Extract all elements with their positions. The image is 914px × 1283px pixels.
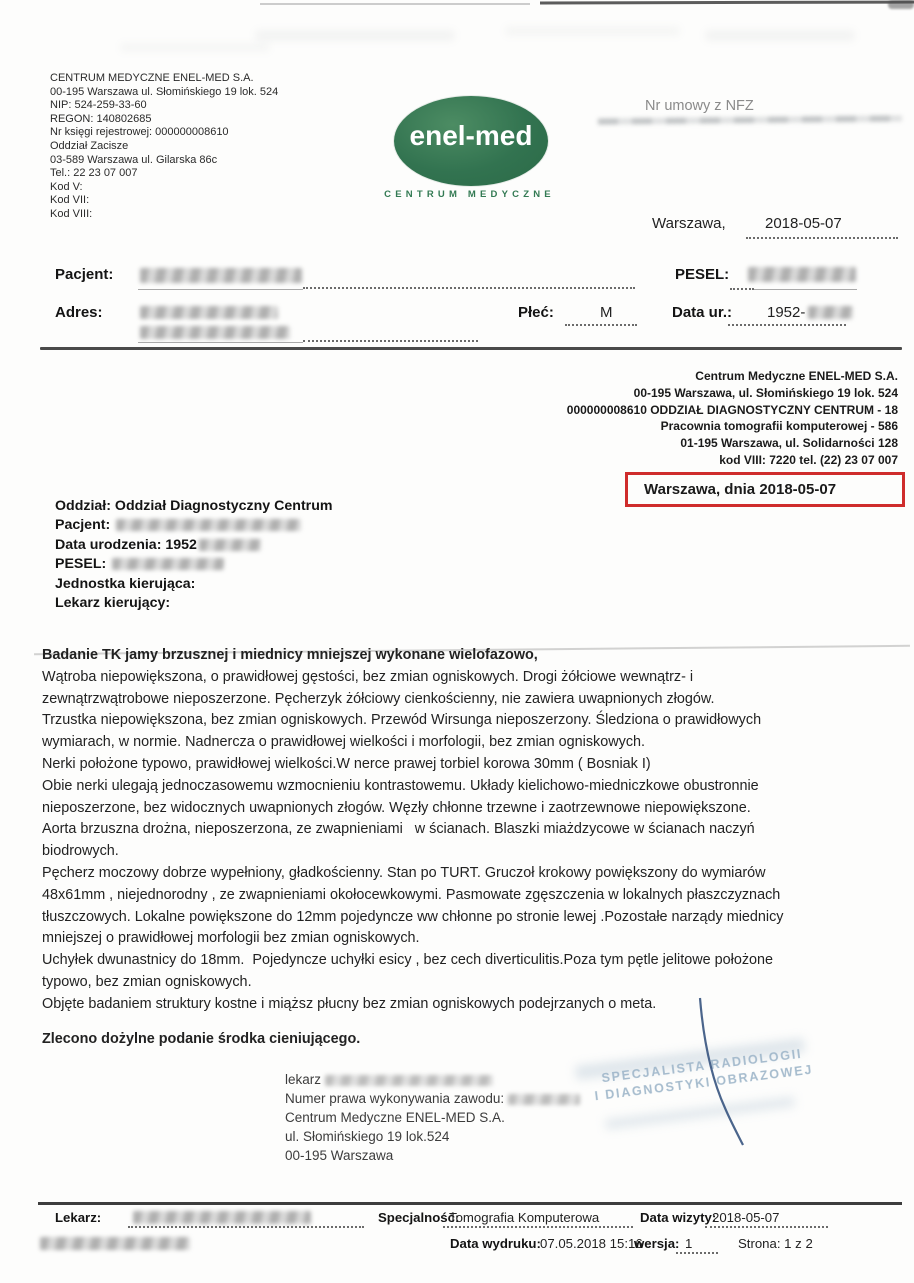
facility-address-line: Centrum Medyczne ENEL-MED S.A. — [478, 368, 898, 385]
report-line: Nerki położone typowo, prawidłowej wielk… — [42, 754, 908, 776]
address-label: Adres: — [55, 304, 103, 321]
facility-address-line: 01-195 Warszawa, ul. Solidarności 128 — [478, 435, 898, 452]
footer-specialty-value: Tomografia Komputerowa — [449, 1210, 599, 1225]
redacted-value — [199, 539, 261, 551]
nfz-contract-label: Nr umowy z NFZ — [645, 98, 754, 114]
referral-info-line: Jednostka kierująca: — [55, 575, 332, 594]
referral-info-line: Data urodzenia: 1952 — [55, 536, 332, 555]
company-header-line: Nr księgi rejestrowej: 000000008610 — [50, 126, 278, 140]
address-dotted-line — [303, 340, 478, 342]
scanned-medical-report: CENTRUM MEDYCZNE ENEL-MED S.A.00-195 War… — [0, 0, 914, 1283]
company-header-line: Oddział Zacisze — [50, 140, 278, 154]
footer-specialty-label: Specjalność: — [378, 1210, 459, 1225]
date-highlight-box: Warszawa, dnia 2018-05-07 — [625, 472, 905, 507]
facility-address-line: Pracownia tomografii komputerowej - 586 — [478, 418, 898, 435]
patient-dotted-line — [303, 287, 635, 289]
report-line: tłuszczowych. Lokalne powiększone do 12m… — [42, 907, 908, 929]
patient-underline — [138, 289, 303, 290]
footer-print-date-label: Data wydruku: — [450, 1236, 541, 1251]
company-header-block: CENTRUM MEDYCZNE ENEL-MED S.A.00-195 War… — [50, 72, 278, 222]
referral-info-line: Pacjent: — [55, 516, 332, 535]
section-divider — [40, 347, 902, 350]
footer-specialty-dotted — [443, 1226, 633, 1228]
footer-print-date-value: 07.05.2018 15:16 — [540, 1236, 643, 1251]
redacted-value — [116, 519, 301, 531]
address-line2-redacted — [140, 326, 290, 339]
pesel-underline — [754, 289, 857, 290]
enelmed-logo: enel-med — [394, 96, 548, 186]
report-line: Aorta brzuszna drożna, nieposzerzona, ze… — [42, 819, 908, 841]
footer-visit-date-dotted — [705, 1226, 828, 1228]
scan-smudge — [255, 30, 455, 41]
facility-address-line: 00-195 Warszawa, ul. Słomińskiego 19 lok… — [478, 385, 898, 402]
physician-name-line: lekarz — [285, 1070, 580, 1089]
signature-address-line: Centrum Medyczne ENEL-MED S.A. — [285, 1108, 580, 1127]
company-header-line: Kod VII: — [50, 194, 278, 208]
footer-doctor-dotted — [128, 1226, 364, 1228]
report-line: biodrowych. — [42, 841, 908, 863]
pesel-redacted — [748, 267, 856, 282]
scan-edge-line — [540, 1, 914, 5]
scan-smudge — [505, 26, 680, 36]
company-header-line: NIP: 524-259-33-60 — [50, 99, 278, 113]
company-header-line: 03-589 Warszawa ul. Gilarska 86c — [50, 154, 278, 168]
footer-page-label: Strona: 1 z 2 — [738, 1236, 813, 1251]
referral-info-block: Oddział: Oddział Diagnostyczny CentrumPa… — [55, 497, 332, 613]
footer-doctor-redacted — [133, 1211, 311, 1224]
company-header-line: REGON: 140802685 — [50, 113, 278, 127]
report-line: wymiarach, w normie. Nadnercza o prawidł… — [42, 732, 908, 754]
report-line: Obie nerki ulegają jednoczasowemu wzmocn… — [42, 776, 908, 798]
scan-edge-line-faint — [260, 3, 530, 5]
birthdate-value: 1952- — [767, 304, 805, 321]
signature-address-lines: Centrum Medyczne ENEL-MED S.A.ul. Słomiń… — [285, 1108, 580, 1165]
signature-address-line: 00-195 Warszawa — [285, 1146, 580, 1165]
birthdate-redacted — [808, 306, 853, 319]
footer-version-label: wersja: — [634, 1236, 679, 1251]
report-line: Pęcherz moczowy dobrze wypełniony, gładk… — [42, 863, 908, 885]
scan-smudge — [705, 30, 855, 41]
physician-name-redacted — [325, 1075, 493, 1086]
date-dotted-line — [746, 237, 898, 239]
scan-corner-mark — [888, 0, 914, 9]
company-header-line: Tel.: 22 23 07 007 — [50, 167, 278, 181]
enelmed-logo-text: enel-med — [394, 120, 548, 152]
facility-address-line: kod VIII: 7220 tel. (22) 23 07 007 — [478, 452, 898, 469]
report-title: Badanie TK jamy brzusznej i miednicy mni… — [42, 645, 908, 667]
enelmed-logo-subtitle: CENTRUM MEDYCZNE — [382, 189, 557, 200]
company-header-line: CENTRUM MEDYCZNE ENEL-MED S.A. — [50, 72, 278, 86]
sex-label: Płeć: — [518, 304, 554, 321]
license-number-line: Numer prawa wykonywania zawodu: — [285, 1089, 580, 1108]
pesel-dotted-line — [730, 288, 754, 290]
report-lines: Wątroba niepowiększona, o prawidłowej gę… — [42, 667, 908, 1016]
footer-row2-redacted — [40, 1237, 190, 1250]
report-line: Uchyłek dwunastnicy do 18mm. Pojedyncze … — [42, 950, 908, 972]
patient-label: Pacjent: — [55, 266, 113, 283]
referral-info-line: Oddział: Oddział Diagnostyczny Centrum — [55, 497, 332, 516]
footer-doctor-label: Lekarz: — [55, 1210, 101, 1225]
footer-divider — [38, 1202, 902, 1205]
scan-smudge — [120, 43, 270, 52]
birthdate-dotted-line — [728, 324, 846, 326]
pen-signature-stroke — [640, 990, 800, 1155]
redacted-value — [112, 558, 224, 570]
facility-address-block: Centrum Medyczne ENEL-MED S.A.00-195 War… — [478, 368, 898, 469]
city-label: Warszawa, — [652, 215, 726, 232]
nfz-contract-redacted-value — [598, 115, 902, 124]
footer-version-dotted — [676, 1252, 718, 1254]
document-date: 2018-05-07 — [765, 215, 842, 232]
sex-value: M — [600, 304, 613, 321]
footer-visit-date-value: 2018-05-07 — [712, 1210, 779, 1225]
birthdate-label: Data ur.: — [672, 304, 732, 321]
address-underline — [138, 342, 303, 343]
company-header-line: Kod V: — [50, 181, 278, 195]
physician-signature-block: lekarz Numer prawa wykonywania zawodu: C… — [285, 1070, 580, 1165]
license-number-redacted — [508, 1094, 580, 1105]
report-line: nieposzerzone, bez widocznych uwapnionyc… — [42, 798, 908, 820]
signature-address-line: ul. Słomińskiego 19 lok.524 — [285, 1127, 580, 1146]
facility-address-line: 000000008610 ODDZIAŁ DIAGNOSTYCZNY CENTR… — [478, 402, 898, 419]
referral-info-line: PESEL: — [55, 555, 332, 574]
company-header-line: Kod VIII: — [50, 208, 278, 222]
address-line1-redacted — [140, 306, 278, 319]
footer-version-value: 1 — [685, 1236, 692, 1251]
report-line: mniejszej o prawidłowej morfologii bez z… — [42, 928, 908, 950]
report-line: 48x61mm , niejednorodny , ze zwapnieniam… — [42, 885, 908, 907]
report-line: zewnątrzwątrobowe nieposzerzone. Pęcherz… — [42, 689, 908, 711]
report-line: Trzustka niepowiększona, bez zmian ognis… — [42, 710, 908, 732]
report-line: Wątroba niepowiększona, o prawidłowej gę… — [42, 667, 908, 689]
sex-dotted-line — [565, 324, 637, 326]
referral-info-line: Lekarz kierujący: — [55, 594, 332, 613]
patient-name-redacted — [140, 268, 302, 283]
footer-visit-date-label: Data wizyty: — [640, 1210, 716, 1225]
company-header-line: 00-195 Warszawa ul. Słomińskiego 19 lok.… — [50, 86, 278, 100]
pesel-label: PESEL: — [675, 266, 729, 283]
